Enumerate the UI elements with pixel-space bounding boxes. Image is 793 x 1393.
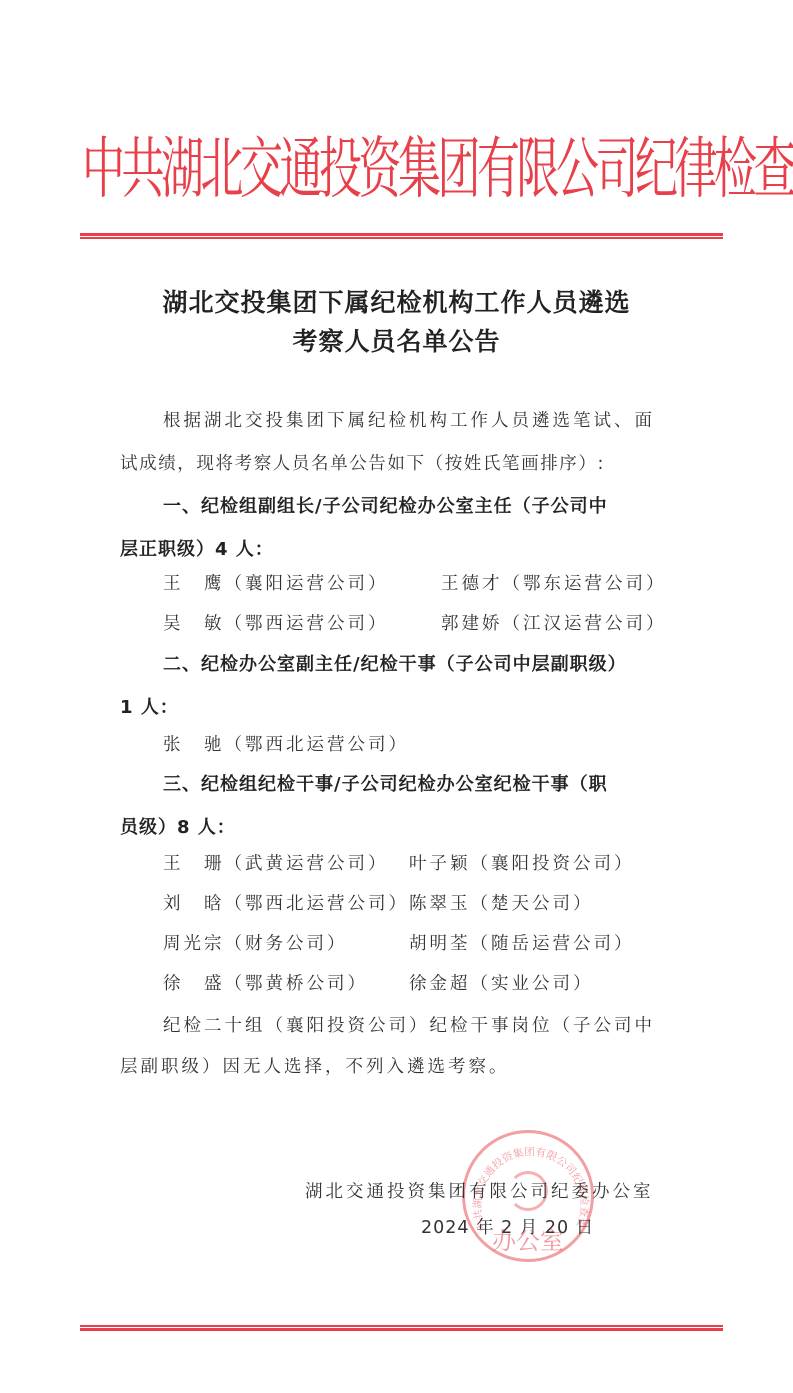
note-line-2: 层副职级）因无人选择，不列入遴选考察。: [120, 1053, 510, 1078]
person-org: （鄂西北运营公司）: [225, 894, 410, 914]
document-title-line-2: 考察人员名单公告: [0, 322, 793, 358]
person-org: （武黄运营公司）: [225, 854, 389, 874]
person-org: （襄阳投资公司）: [471, 854, 635, 874]
letterhead-divider: [80, 233, 723, 239]
person-name: 王 鹰: [163, 574, 225, 594]
section-3-heading-line-2: 员级）8 人：: [120, 813, 236, 839]
section-3-heading-line-1: 三、纪检组纪检干事/子公司纪检办公室纪检干事（职: [163, 770, 608, 796]
section-1-heading-line-2: 层正职级）4 人：: [120, 535, 274, 561]
person-entry: 王德才（鄂东运营公司）: [441, 570, 667, 595]
person-entry: 刘 晗（鄂西北运营公司）: [163, 890, 409, 915]
signature-organization: 湖北交通投资集团有限公司纪委办公室: [305, 1178, 654, 1203]
person-name: 陈翠玉: [409, 894, 471, 914]
person-entry: 徐金超（实业公司）: [409, 970, 594, 995]
person-entry: 郭建娇（江汉运营公司）: [441, 610, 667, 635]
intro-paragraph-line-2: 试成绩，现将考察人员名单公告如下（按姓氏笔画排序）:: [120, 450, 605, 475]
person-name: 徐 盛: [163, 974, 225, 994]
intro-paragraph-line-1: 根据湖北交投集团下属纪检机构工作人员遴选笔试、面: [163, 407, 655, 432]
person-entry: 吴 敏（鄂西运营公司）: [163, 610, 389, 635]
person-org: （实业公司）: [471, 974, 594, 994]
person-name: 胡明荃: [409, 934, 471, 954]
person-entry: 徐 盛（鄂黄桥公司）: [163, 970, 368, 995]
person-org: （鄂东运营公司）: [503, 574, 667, 594]
person-name: 张 驰: [163, 735, 225, 755]
section-2-heading-line-2: 1 人：: [120, 693, 179, 719]
person-name: 王德才: [441, 574, 503, 594]
person-entry: 周光宗（财务公司）: [163, 930, 348, 955]
person-org: （楚天公司）: [471, 894, 594, 914]
person-name: 刘 晗: [163, 894, 225, 914]
signature-date: 2024 年 2 月 20 日: [421, 1214, 594, 1239]
footer-divider: [80, 1325, 723, 1331]
person-org: （襄阳运营公司）: [225, 574, 389, 594]
person-entry: 胡明荃（随岳运营公司）: [409, 930, 635, 955]
person-entry: 叶子颖（襄阳投资公司）: [409, 850, 635, 875]
person-entry: 陈翠玉（楚天公司）: [409, 890, 594, 915]
person-name: 周光宗: [163, 934, 225, 954]
letterhead-title: 中共湖北交通投资集团有限公司纪律检查委员会: [82, 89, 722, 252]
note-line-1: 纪检二十组（襄阳投资公司）纪检干事岗位（子公司中: [163, 1012, 655, 1037]
person-entry: 张 驰（鄂西北运营公司）: [163, 731, 409, 756]
person-name: 吴 敏: [163, 614, 225, 634]
person-entry: 王 鹰（襄阳运营公司）: [163, 570, 389, 595]
person-org: （随岳运营公司）: [471, 934, 635, 954]
person-org: （财务公司）: [225, 934, 348, 954]
person-org: （鄂黄桥公司）: [225, 974, 369, 994]
person-name: 王 珊: [163, 854, 225, 874]
person-org: （鄂西北运营公司）: [225, 735, 410, 755]
person-org: （鄂西运营公司）: [225, 614, 389, 634]
document-title-line-1: 湖北交投集团下属纪检机构工作人员遴选: [0, 283, 793, 319]
section-1-heading-line-1: 一、纪检组副组长/子公司纪检办公室主任（子公司中: [163, 492, 608, 518]
person-entry: 王 珊（武黄运营公司）: [163, 850, 389, 875]
person-name: 郭建娇: [441, 614, 503, 634]
person-name: 徐金超: [409, 974, 471, 994]
person-org: （江汉运营公司）: [503, 614, 667, 634]
section-2-heading-line-1: 二、纪检办公室副主任/纪检干事（子公司中层副职级）: [163, 650, 627, 676]
person-name: 叶子颖: [409, 854, 471, 874]
